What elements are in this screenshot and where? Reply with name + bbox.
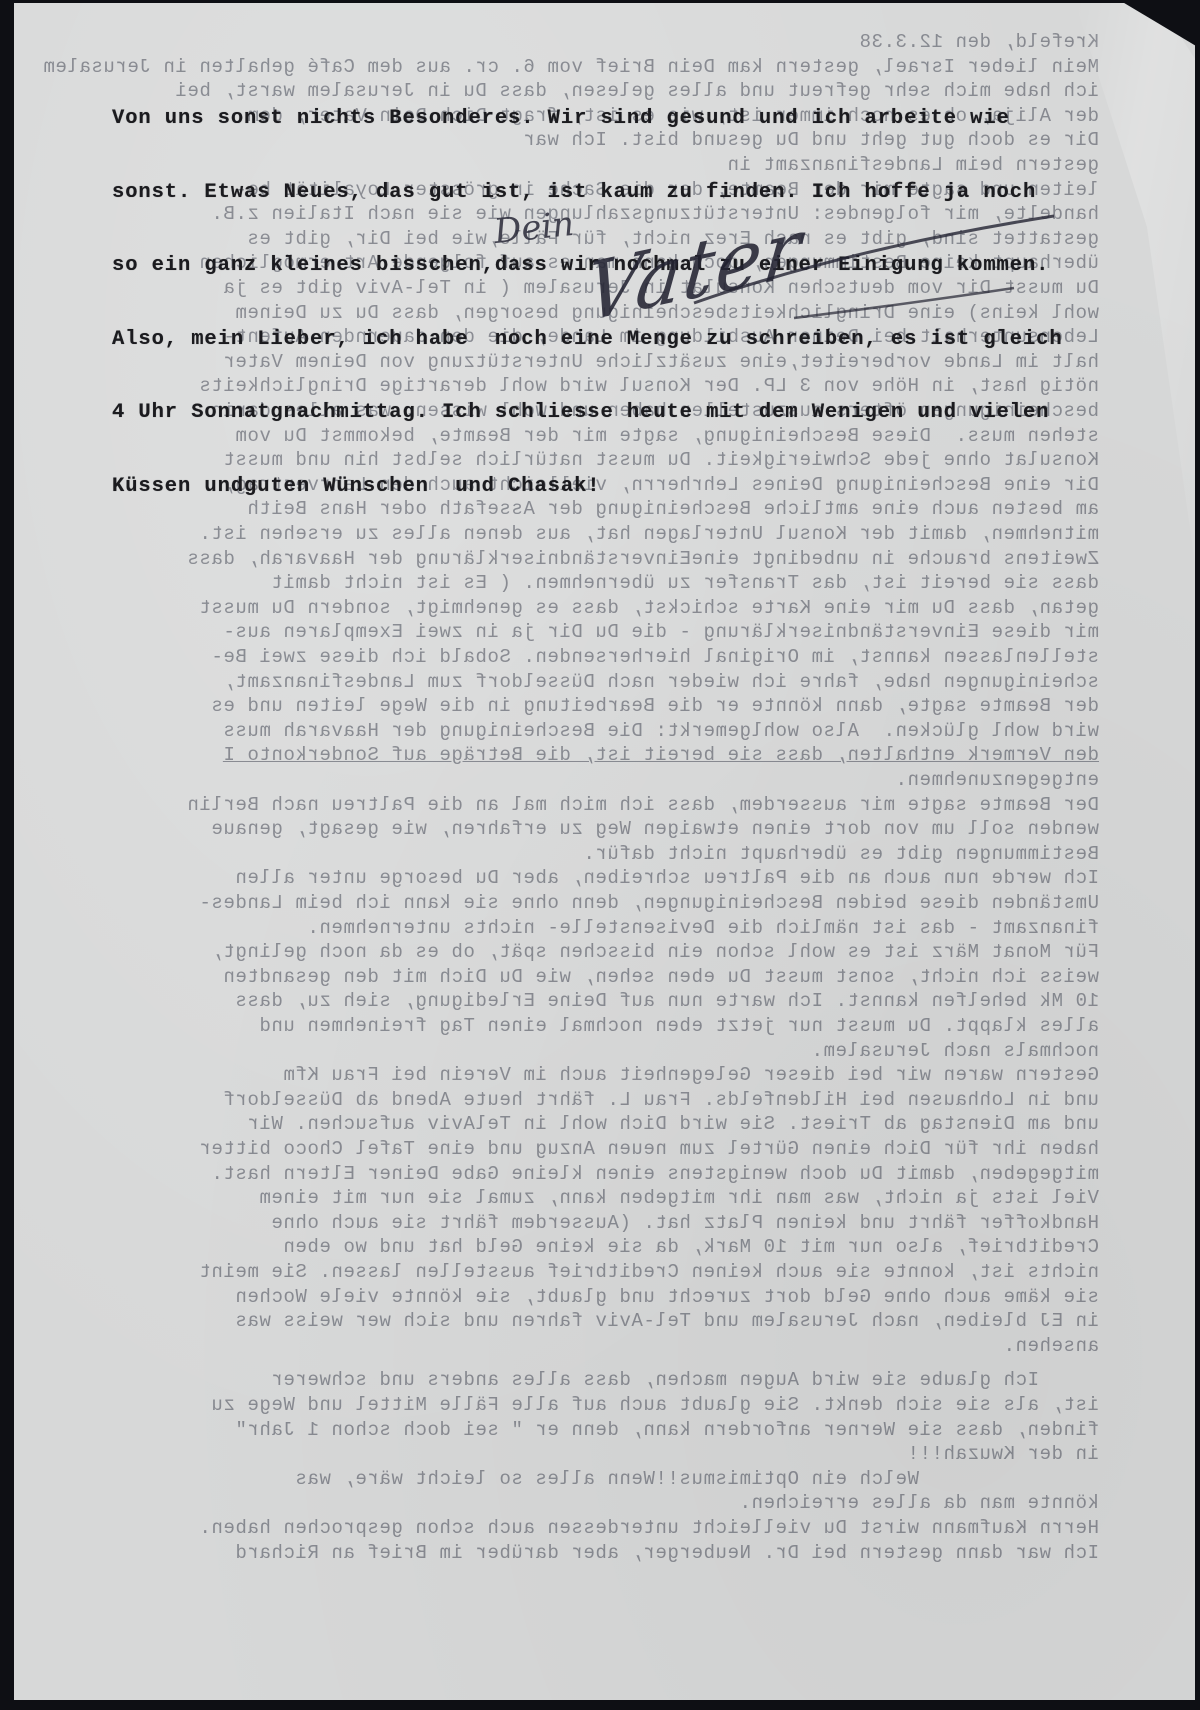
reverse-side-line: nochmals nach Jerusalem. (811, 1040, 1099, 1062)
reverse-side-line: Umständen diese beiden Bescheinigungen, … (199, 892, 1099, 914)
reverse-side-line: Der Beamte sagte mir ausserdem, dass ich… (187, 794, 1099, 816)
reverse-side-line: Welch ein Optimismus!!Wenn alles so leic… (295, 1468, 1099, 1490)
reverse-side-line: Ich werde nun auch an die Paltreu schrei… (235, 867, 1099, 889)
reverse-side-line: scheinigungen habe, fahre ich wieder nac… (223, 671, 1099, 693)
reverse-side-line: Handkoffer fährt und keinen Platz hat. (… (271, 1212, 1099, 1234)
reverse-side-line: Krefeld, den 12.3.38 (859, 31, 1099, 53)
typed-line: 4 Uhr Sonnatgnachmittag. Ich schliesse h… (112, 401, 1063, 426)
reverse-side-line: könnte man da alles erreichen. (739, 1492, 1099, 1514)
reverse-side-line: der Beamte sagte, dann könnte er die Bea… (211, 695, 1099, 717)
reverse-side-line: den Vermerk enthalten, dass sie bereit i… (223, 744, 1099, 766)
reverse-side-line: haben ihr für Dich einen Gürtel zum neue… (199, 1138, 1099, 1160)
reverse-side-line: in EJ bleiben, nach Jerusalem und Tel-Av… (235, 1310, 1099, 1332)
reverse-side-line: in der Kwuzah!!! (907, 1443, 1099, 1465)
typed-line: Von uns sonst nichts Besonderes. Wir sin… (112, 107, 1063, 132)
reverse-side-line: Ich war dann gestern bei Dr. Neuberger, … (235, 1542, 1099, 1564)
reverse-side-line: mir diese Einverständniserklärung - die … (223, 621, 1099, 643)
reverse-side-line: Ich glaube sie wird Augen machen, dass a… (271, 1369, 1099, 1391)
reverse-side-line: Gestern waren wir bei dieser Gelegenheit… (283, 1064, 1099, 1086)
reverse-side-line: finanzamt - das ist nämlich die Devisens… (307, 917, 1099, 939)
reverse-side-line: 10 Mk behelfen kannst. Ich warte nun auf… (235, 990, 1099, 1012)
reverse-side-line: wird wohl glücken. Also wohlgemerkt: Die… (223, 720, 1099, 742)
typed-line: sonst. Etwas Neues, das gut ist, ist kau… (112, 181, 1063, 206)
reverse-side-line: Bestimmungen gibt es überhaupt nicht daf… (583, 843, 1099, 865)
reverse-side-line: Zweitens brauche in unbedingt eineEinver… (187, 548, 1099, 570)
reverse-side-line: weiss ich nicht, sonst musst Du eben seh… (223, 966, 1099, 988)
reverse-side-line: und in Lohhausen bei Hildenfelds. Frau L… (223, 1089, 1099, 1111)
reverse-side-line: sie käme auch ohne Geld dort zurecht und… (235, 1286, 1099, 1308)
signature-greeting: Dein (492, 204, 576, 252)
reverse-side-line: alles klappt. Du musst nur jetzt eben no… (259, 1015, 1099, 1037)
reverse-side-line: Viel ists ja nicht, was man ihr mitgeben… (259, 1187, 1099, 1209)
reverse-side-line: stellenlassen kannst, im Original hierhe… (211, 646, 1099, 668)
reverse-side-line: Herrn Kaufmann wirst Du vielleicht unter… (199, 1517, 1099, 1539)
reverse-side-line: nichts ist, konnte sie auch keinen Credi… (199, 1261, 1099, 1283)
reverse-side-line: mitgegeben, damit Du doch wenigstens ein… (211, 1163, 1099, 1185)
handwritten-signature: Dein Vater (494, 208, 1054, 328)
reverse-side-line: Für Monat März ist es wohl schon ein bis… (211, 941, 1099, 963)
reverse-side-line: entgegenzunehmen. (895, 769, 1099, 791)
reverse-side-line: wenden soll um von dort einen etwaigen W… (211, 818, 1099, 840)
reverse-side-line: dass sie bereit ist, das Transfer zu übe… (271, 572, 1099, 594)
reverse-side-line: ansehen. (1003, 1335, 1099, 1357)
reverse-side-line: und am Dienstag ab Triest. Sie wird Dich… (247, 1113, 1099, 1135)
reverse-side-line: getan, dass Du mir eine Karte schickst, … (199, 597, 1099, 619)
reverse-side-line: ist, als sie sich denkt. Sie glaubt auch… (211, 1394, 1099, 1416)
reverse-side-line: finden, dass sie Werner anfordern kann, … (235, 1419, 1099, 1441)
letter-page: Krefeld, den 12.3.38Mein lieber Israel, … (14, 3, 1195, 1700)
reverse-side-line: Creditbrief, also nur mit 10 Mark, da si… (283, 1236, 1099, 1258)
typed-line: Küssen undguten Wünschen und Chasak! (112, 475, 1063, 500)
